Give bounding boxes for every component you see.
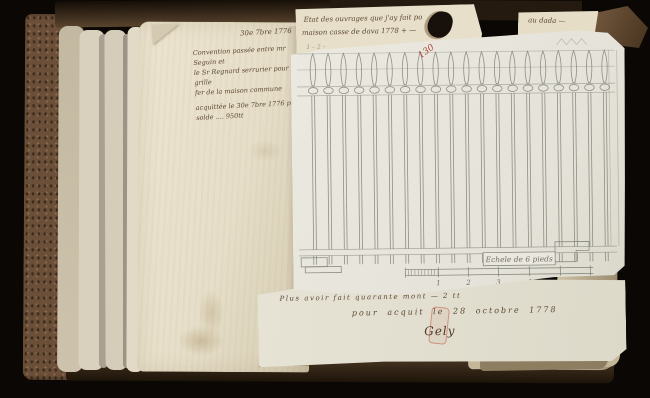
estimate-note-line: maison casse de dava 1778 + — (302, 26, 416, 37)
page-stain (248, 140, 282, 162)
drawing-sheet: 123456Echele de 6 pieds130 (290, 30, 627, 296)
scale-label: Echele de 6 pieds (485, 254, 553, 264)
page-stain (198, 290, 224, 336)
photo-background: 30e 7bre 1776 Convention passée entre mr… (0, 0, 650, 398)
receipt-line: pour acquit le 28 octobre 1778 (352, 305, 558, 318)
page-fold-corner (151, 23, 180, 44)
construction-lines (297, 38, 620, 256)
scale-number: 2 (465, 279, 471, 287)
signature: Gely (424, 324, 456, 339)
fence-drawing-svg: 123456Echele de 6 pieds130 (290, 30, 627, 296)
scale-number: 1 (436, 279, 441, 287)
estimate-note-line: Etat des ouvrages que j'ay fait po (304, 13, 423, 24)
corner-scrap-text: au dada — (528, 16, 566, 25)
